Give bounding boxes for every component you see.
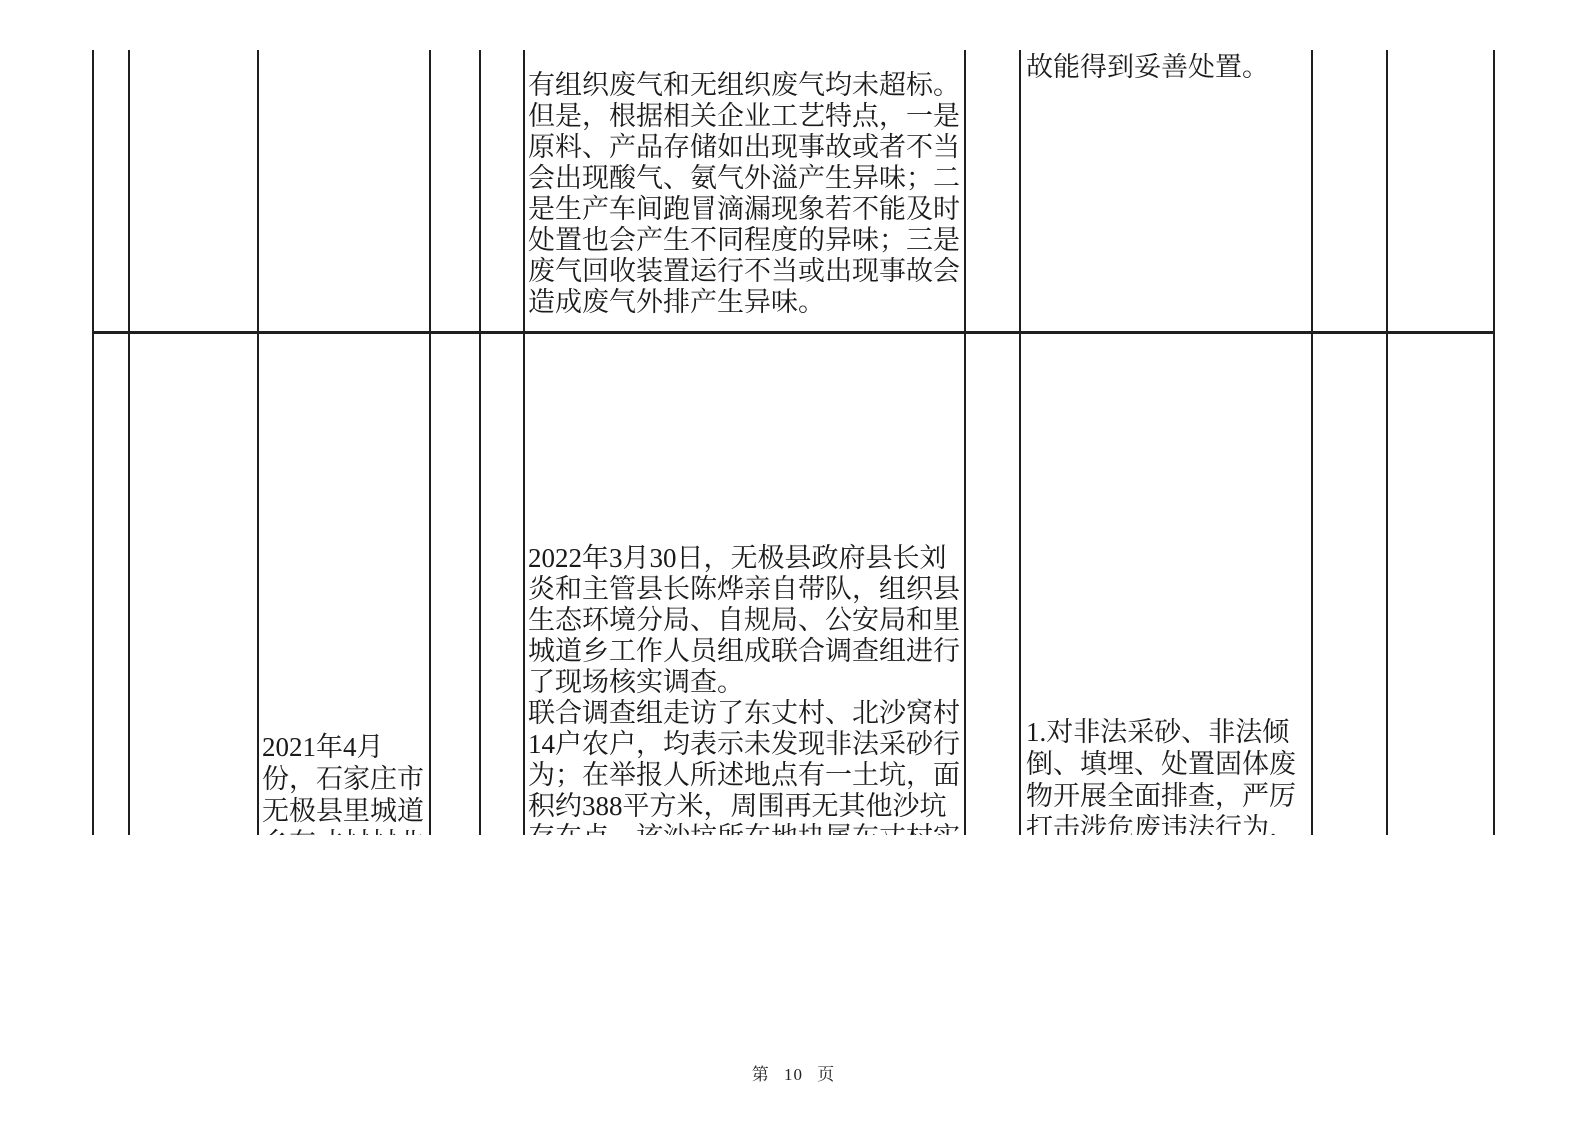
table-border-vertical-7 — [964, 50, 966, 835]
page-number-footer: 第 10 页 — [0, 1060, 1587, 1085]
table-border-vertical-3 — [257, 50, 259, 835]
cell-handling-row1: 故能得到妥善处置。 — [1026, 52, 1310, 83]
cell-verification-row2: 2022年3月30日，无极县政府县长刘 炎和主管县长陈烨亲自带队，组织县 生态环… — [528, 543, 964, 835]
report-table: 有组织废气和无组织废气均未超标。 但是，根据相关企业工艺特点，一是 原料、产品存… — [0, 50, 1587, 835]
table-border-vertical-6 — [523, 50, 525, 835]
table-border-row-separator — [92, 331, 1495, 334]
cell-handling-row2: 1.对非法采砂、非法倾 倒、填埋、处置固体废 物开展全面排查，严厉 打击涉危废违… — [1026, 716, 1310, 835]
table-border-vertical-2 — [128, 50, 130, 835]
table-border-vertical-11 — [1493, 50, 1495, 835]
table-border-vertical-1 — [92, 50, 94, 835]
cell-case-summary-row2: 2021年4月 份，石家庄市 无极县里城道 乡东丈村村北 — [262, 731, 428, 835]
table-border-vertical-8 — [1019, 50, 1021, 835]
document-page: 有组织废气和无组织废气均未超标。 但是，根据相关企业工艺特点，一是 原料、产品存… — [0, 0, 1587, 1122]
table-border-vertical-10 — [1386, 50, 1388, 835]
cell-verification-row1-text: 有组织废气和无组织废气均未超标。 但是，根据相关企业工艺特点，一是 原料、产品存… — [528, 70, 964, 318]
table-border-vertical-9 — [1311, 50, 1313, 835]
table-border-vertical-4 — [429, 50, 431, 835]
table-border-vertical-5 — [479, 50, 481, 835]
cell-verification-row1: 有组织废气和无组织废气均未超标。 但是，根据相关企业工艺特点，一是 原料、产品存… — [528, 50, 964, 331]
